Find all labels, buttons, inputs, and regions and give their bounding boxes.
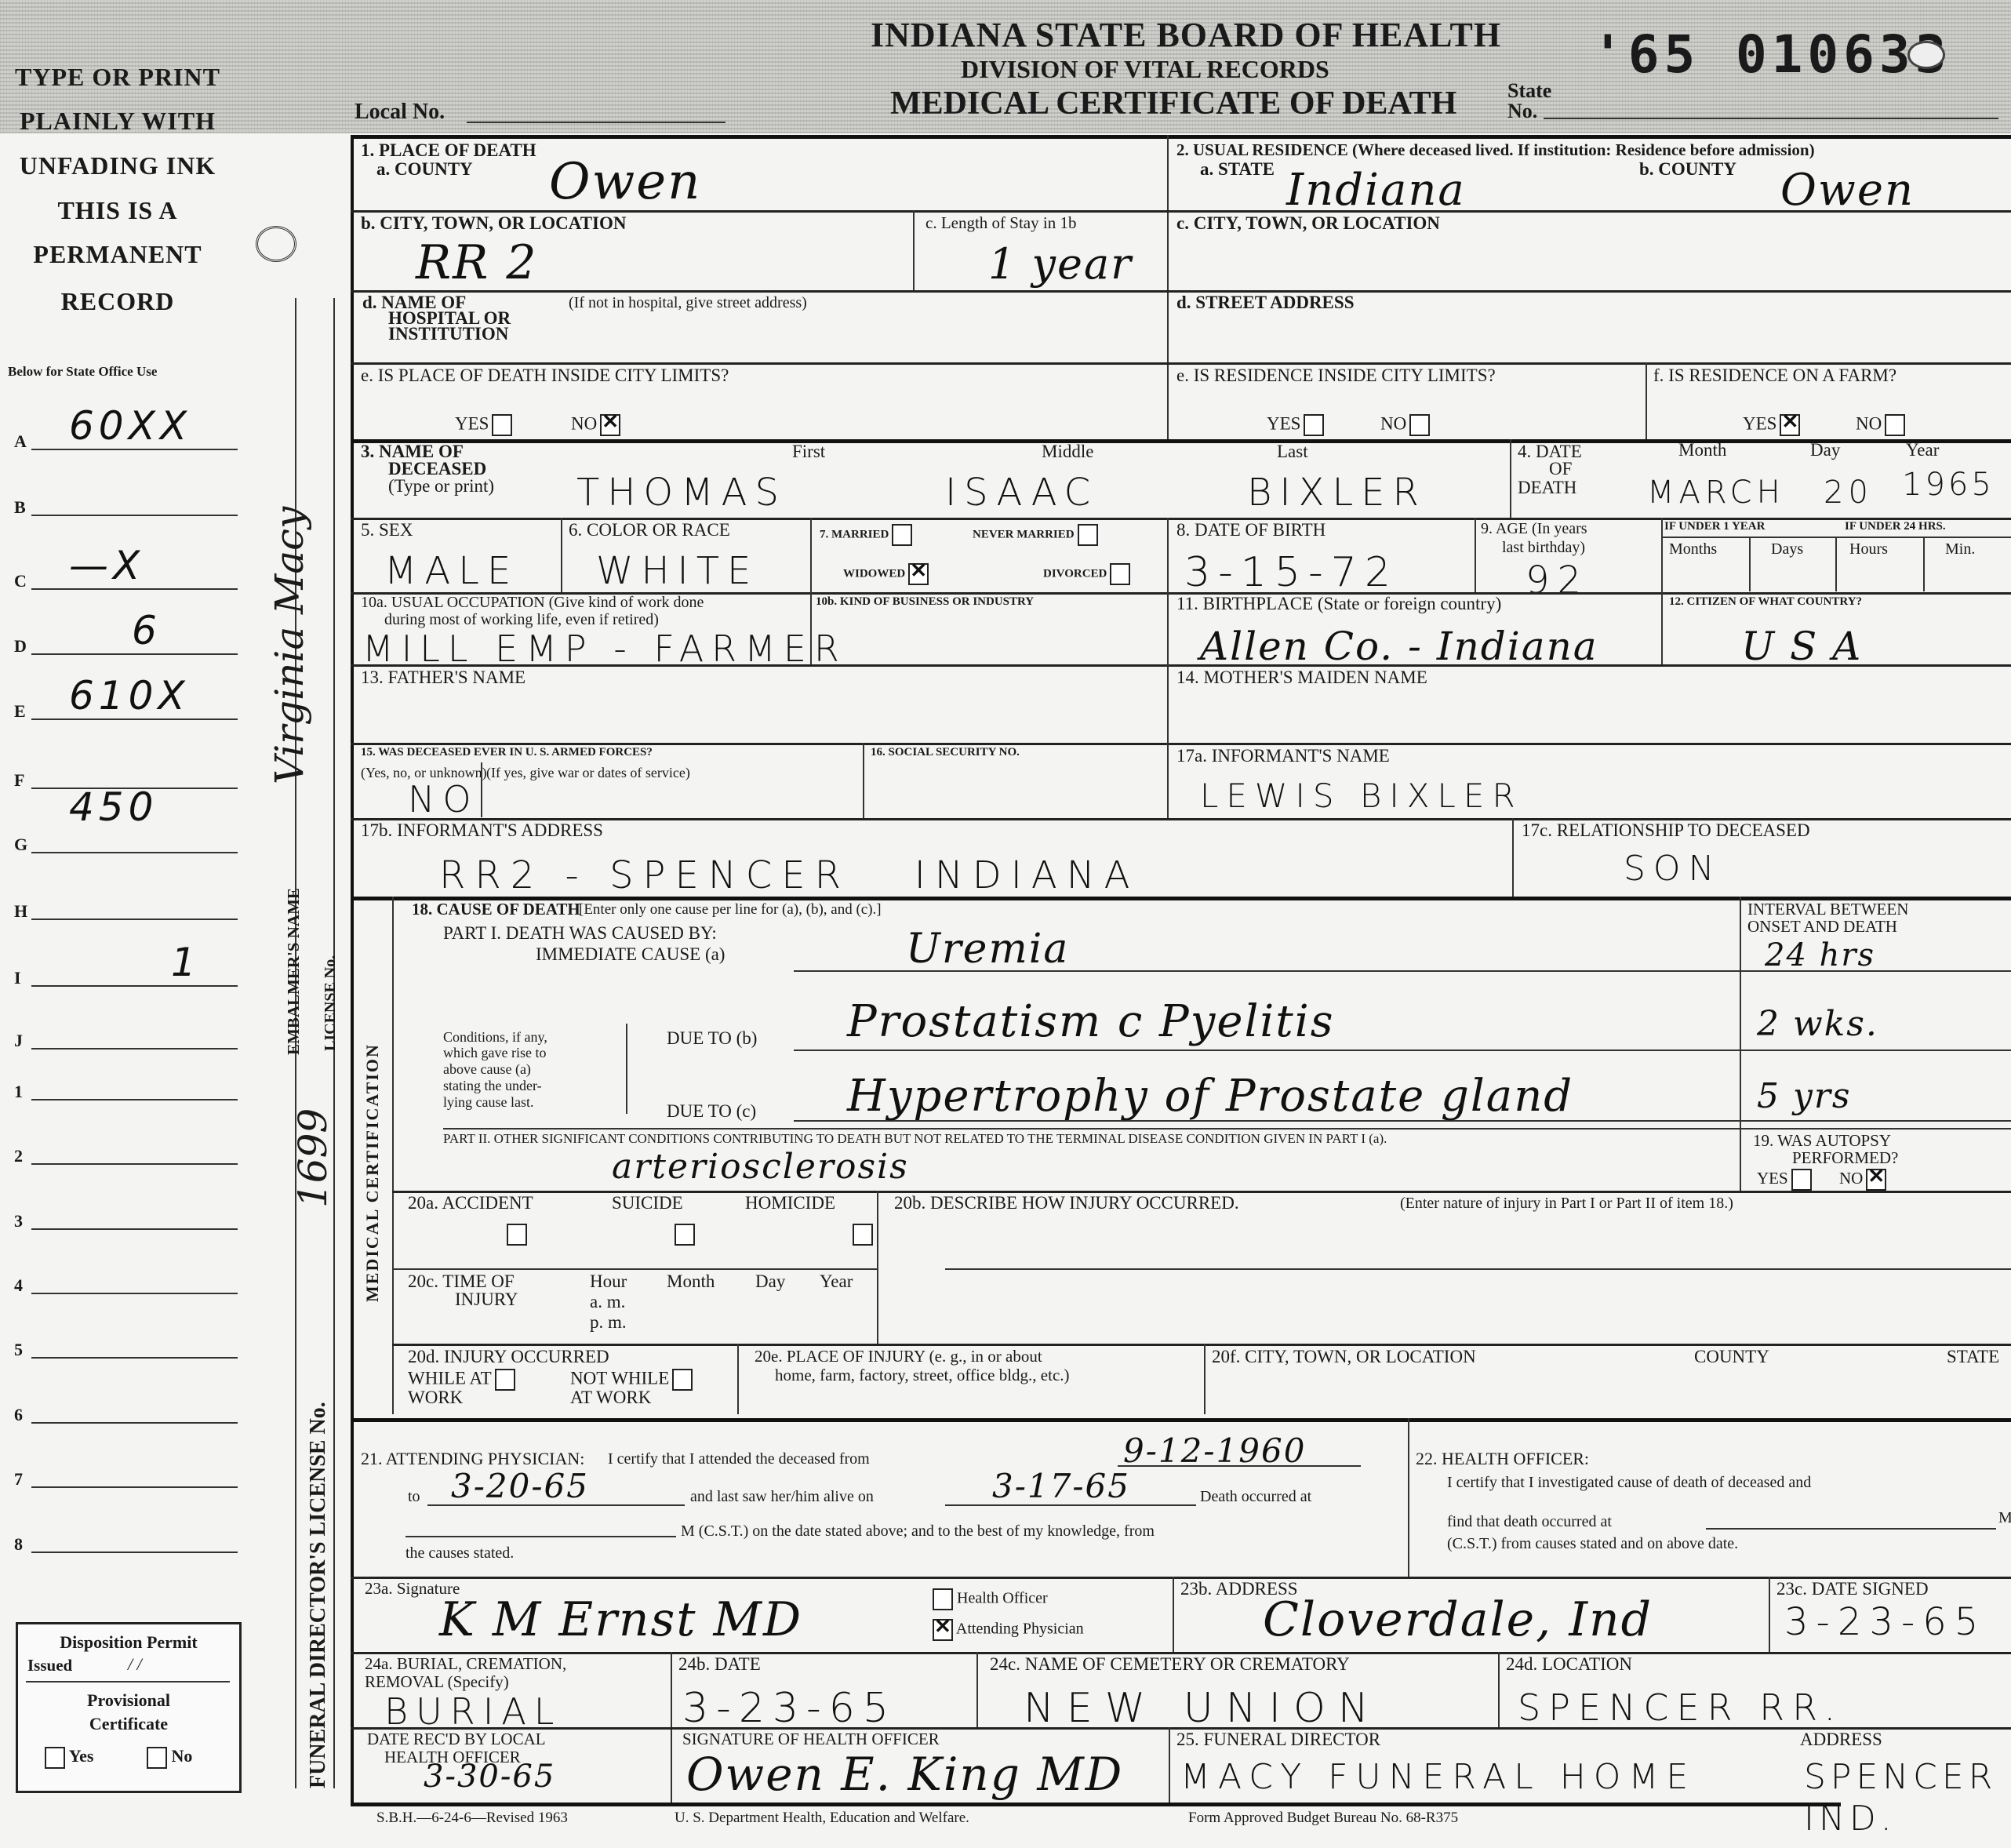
checkbox[interactable] [1780, 414, 1800, 436]
col-divider [1169, 1727, 1170, 1803]
dob-label: 8. DATE OF BIRTH [1176, 521, 1326, 540]
mother-name-label: 14. MOTHER'S MAIDEN NAME [1176, 668, 1427, 687]
checkbox[interactable] [495, 1369, 515, 1391]
checkbox[interactable] [1866, 1169, 1886, 1191]
state-no-line [1544, 118, 1998, 119]
yes-label: YES [455, 413, 489, 433]
office-value: 60XX [69, 403, 191, 449]
numbered-row-7[interactable]: 7 [14, 1458, 238, 1490]
residence-state-value[interactable]: Indiana [1286, 165, 1466, 216]
business-label: 10b. KIND OF BUSINESS OR INDUSTRY [816, 596, 1034, 609]
interval-divider [1740, 897, 1741, 1191]
attending-physician-option-label: Attending Physician [956, 1621, 1084, 1638]
health-officer-text: I certify that I investigated cause of d… [1447, 1475, 1811, 1491]
age-label: 9. AGE (In years [1481, 521, 1587, 537]
divorced-label: DIVORCED [1043, 567, 1107, 580]
relationship-label: 17c. RELATIONSHIP TO DECEASED [1522, 821, 1810, 840]
office-row-g[interactable]: G450 [14, 824, 238, 855]
age-value[interactable]: 92 [1526, 558, 1589, 602]
months-label: Months [1669, 541, 1717, 558]
work-label: WORK [408, 1388, 463, 1407]
place-of-injury-label: 20e. PLACE OF INJURY (e. g., in or about [755, 1348, 1042, 1365]
health-officer-option-label: Health Officer [957, 1590, 1048, 1607]
autopsy-no[interactable]: NO [1839, 1169, 1886, 1191]
office-letter: J [14, 1031, 23, 1051]
while-at-work-label: WHILE AT [408, 1368, 492, 1388]
row-number: 2 [14, 1146, 23, 1166]
sex-value[interactable]: MALE [384, 549, 518, 593]
injury-state-label: STATE [1947, 1348, 1999, 1366]
medical-certification-label: MEDICAL CERTIFICATION [362, 1043, 383, 1302]
hospital-label-3: INSTITUTION [388, 325, 508, 344]
residence-city-limits-no[interactable]: NO [1380, 414, 1430, 436]
license-no-label: LICENSE No. [322, 955, 340, 1051]
part2-label: PART II. OTHER SIGNIFICANT CONDITIONS CO… [443, 1132, 1387, 1146]
race-label: 6. COLOR OR RACE [569, 521, 730, 540]
injury-year-label: Year [820, 1272, 853, 1291]
row-divider [351, 1418, 2011, 1422]
instruction-line: TYPE OR PRINT [0, 63, 235, 92]
day-label: Day [1810, 441, 1840, 460]
under-24-hrs-label: IF UNDER 24 HRS. [1845, 521, 1946, 533]
local-no-line [467, 122, 725, 123]
pm-label: p. m. [590, 1313, 627, 1332]
numbered-row-8[interactable]: 8 [14, 1523, 238, 1555]
embalmer-name-label: EMBALMER'S NAME [284, 888, 304, 1055]
col-divider [877, 1191, 878, 1344]
office-value: —X [69, 543, 144, 588]
am-label: a. m. [590, 1293, 625, 1311]
col-divider [1167, 743, 1169, 818]
physician-signature[interactable]: K M Ernst MD [439, 1592, 802, 1647]
col-divider [1167, 592, 1169, 664]
interval-label-2: ONSET AND DEATH [1747, 918, 1897, 935]
numbered-row-5[interactable]: 5 [14, 1329, 238, 1360]
row-number: 6 [14, 1405, 23, 1425]
fd-address-value[interactable]: SPENCER IND. [1804, 1757, 2000, 1840]
attending-physician-option[interactable]: Attending Physician [929, 1619, 1084, 1641]
conditions-label-3: above cause (a) [443, 1062, 531, 1077]
describe-injury-label: 20b. DESCRIBE HOW INJURY OCCURRED. [894, 1194, 1239, 1213]
informant-name-value[interactable]: LEWIS BIXLER [1200, 777, 1523, 815]
accident-checkbox[interactable] [507, 1224, 527, 1246]
homicide-label: HOMICIDE [745, 1194, 835, 1213]
row-number: 1 [14, 1082, 23, 1102]
death-city-value[interactable]: RR 2 [416, 235, 538, 290]
funeral-director-license-label: FUNERAL DIRECTOR'S LICENSE No. [306, 1402, 331, 1788]
row-number: 8 [14, 1534, 23, 1555]
city-label: b. CITY, TOWN, OR LOCATION [361, 214, 627, 233]
underline [1740, 970, 2011, 972]
location-label: 24d. LOCATION [1506, 1655, 1632, 1674]
hospital-hint: (If not in hospital, give street address… [569, 295, 807, 311]
col-divider [1510, 439, 1511, 518]
date-of-death-label-3: DEATH [1518, 478, 1576, 497]
due-to-b-label: DUE TO (b) [667, 1029, 757, 1048]
father-name-label: 13. FATHER'S NAME [361, 668, 525, 687]
immediate-cause-label: IMMEDIATE CAUSE (a) [536, 945, 725, 964]
citizen-value[interactable]: U S A [1741, 624, 1862, 669]
underline [1740, 1120, 2011, 1122]
last-name-label: Last [1277, 442, 1308, 461]
center-divider [1167, 135, 1169, 442]
no-label: NO [1380, 413, 1406, 433]
numbered-row-1[interactable]: 1 [14, 1071, 238, 1102]
medical-frame-left [392, 897, 394, 1414]
days-label: Days [1771, 541, 1803, 558]
office-value: 610X [69, 673, 190, 718]
divorced-option[interactable]: DIVORCED [1043, 563, 1130, 585]
col-divider [863, 743, 864, 818]
underline [794, 1050, 1740, 1051]
numbered-row-6[interactable]: 6 [14, 1394, 238, 1425]
immediate-cause-value[interactable]: Uremia [906, 926, 1069, 973]
place-of-death-label: 1. PLACE OF DEATH [361, 141, 536, 160]
armed-forces-hint-2: (If yes, give war or dates of service) [486, 766, 690, 780]
no-label: NO [1856, 413, 1882, 433]
occupation-value[interactable]: MILL EMP - FARMER [362, 628, 847, 670]
office-value: 1 [171, 940, 201, 985]
residence-county-label: b. COUNTY [1639, 160, 1736, 179]
middle-name-value[interactable]: ISAAC [945, 471, 1098, 515]
citizen-label: 12. CITIZEN OF WHAT COUNTRY? [1669, 596, 1862, 609]
residence-county-value[interactable]: Owen [1780, 165, 1915, 216]
office-letter: C [14, 571, 27, 591]
health-officer-label: 22. HEALTH OFFICER: [1416, 1450, 1589, 1468]
row-divider [351, 664, 2011, 667]
interval-c-value[interactable]: 5 yrs [1757, 1076, 1851, 1116]
form-top-border [351, 135, 2011, 139]
age-label-2: last birthday) [1502, 540, 1585, 556]
checkbox[interactable] [45, 1747, 65, 1769]
due-to-b-value[interactable]: Prostatism c Pyelitis [847, 996, 1334, 1047]
last-saw-label: and last saw her/him alive on [690, 1489, 874, 1505]
col-divider [1173, 1577, 1174, 1652]
physician-address-value[interactable]: Cloverdale, Ind [1263, 1592, 1653, 1647]
armed-forces-value[interactable]: NO [408, 778, 479, 820]
office-letter: I [14, 968, 21, 988]
occupation-label-2: during most of working life, even if ret… [384, 612, 659, 628]
last-name-value[interactable]: BIXLER [1247, 471, 1427, 515]
ho-signature-value[interactable]: Owen E. King MD [686, 1748, 1123, 1801]
attended-from-value[interactable]: 9-12-1960 [1123, 1431, 1306, 1470]
col-divider [1498, 1652, 1500, 1727]
date-signed-value[interactable]: 3-23-65 [1784, 1600, 1986, 1644]
stay-value[interactable]: 1 year [988, 239, 1133, 289]
time-of-injury-label-2: INJURY [455, 1290, 518, 1309]
instruction-line: RECORD [0, 287, 235, 316]
informant-name-label: 17a. INFORMANT'S NAME [1176, 747, 1390, 766]
injury-day-label: Day [755, 1272, 785, 1291]
farm-label: f. IS RESIDENCE ON A FARM? [1653, 366, 1896, 385]
col-divider [1661, 592, 1663, 664]
office-value: 6 [132, 608, 162, 653]
col-divider [1769, 1577, 1770, 1652]
funeral-director-value[interactable]: MACY FUNERAL HOME [1180, 1757, 1696, 1797]
certificate-label: Certificate [18, 1714, 239, 1734]
occupation-label: 10a. USUAL OCCUPATION (Give kind of work… [361, 595, 704, 611]
cause-of-death-label: 18. CAUSE OF DEATH [412, 900, 580, 918]
armed-forces-label: 15. WAS DECEASED EVER IN U. S. ARMED FOR… [361, 747, 653, 759]
due-to-c-value[interactable]: Hypertrophy of Prostate gland [847, 1071, 1573, 1122]
married-option[interactable]: 7. MARRIED [820, 524, 912, 546]
agency-title: INDIANA STATE BOARD OF HEALTH [871, 17, 1501, 53]
office-row-h[interactable]: H [14, 890, 238, 922]
row-divider [351, 362, 2011, 365]
place-of-injury-label-2: home, farm, factory, street, office bldg… [775, 1366, 1070, 1384]
yes-label: YES [1743, 413, 1776, 433]
provisional-no[interactable]: No [144, 1746, 192, 1769]
instruction-line: THIS IS A [0, 196, 235, 225]
row-number: 4 [14, 1275, 23, 1296]
checkbox[interactable] [933, 1619, 953, 1641]
conditions-label: Conditions, if any, [443, 1029, 547, 1046]
min-label: Min. [1945, 541, 1975, 558]
deceased-name-label-3: (Type or print) [388, 477, 494, 496]
farm-yes[interactable]: YES [1743, 414, 1800, 436]
col-divider [481, 762, 482, 817]
interval-label: INTERVAL BETWEEN [1747, 900, 1908, 918]
checkbox[interactable] [908, 563, 929, 585]
department: U. S. Department Health, Education and W… [675, 1810, 969, 1826]
numbered-row-2[interactable]: 2 [14, 1135, 238, 1166]
suicide-label: SUICIDE [612, 1194, 683, 1213]
col-divider [1512, 818, 1514, 897]
first-name-label: First [792, 442, 825, 461]
widowed-option[interactable]: WIDOWED [843, 563, 929, 585]
division-title: DIVISION OF VITAL RECORDS [961, 56, 1329, 83]
row-number: 5 [14, 1340, 23, 1360]
accident-label: 20a. ACCIDENT [408, 1194, 533, 1213]
checkbox[interactable] [892, 524, 912, 546]
conditions-label-2: which gave rise to [443, 1046, 546, 1060]
office-row-i[interactable]: I1 [14, 957, 238, 988]
homicide-checkbox[interactable] [853, 1224, 873, 1246]
checkbox[interactable] [492, 414, 512, 436]
yes-label: YES [1267, 413, 1300, 433]
row-divider [392, 1344, 2011, 1346]
provisional-label: Provisional [18, 1690, 239, 1711]
death-day-value[interactable]: 20 [1824, 475, 1873, 511]
autopsy-label: 19. WAS AUTOPSY [1753, 1132, 1891, 1149]
checkbox[interactable] [1078, 524, 1098, 546]
office-letter: G [14, 835, 27, 855]
instruction-line: PERMANENT [0, 240, 235, 269]
autopsy-yes[interactable]: YES [1757, 1169, 1812, 1191]
date-recd-label: DATE REC'D BY LOCAL [367, 1730, 546, 1748]
not-while-label: NOT WHILE [570, 1368, 669, 1388]
describe-injury-hint: (Enter nature of injury in Part I or Par… [1400, 1195, 1733, 1212]
disposition-permit-box: Disposition Permit Issued / / Provisiona… [16, 1622, 242, 1793]
burial-label: 24a. BURIAL, CREMATION, [365, 1655, 566, 1672]
county-label: a. COUNTY [376, 160, 473, 179]
residence-city-label: c. CITY, TOWN, OR LOCATION [1176, 214, 1440, 233]
office-letter: E [14, 701, 26, 722]
health-officer-text-3: M [1998, 1510, 2011, 1526]
row-divider [392, 1268, 877, 1270]
part2-value[interactable]: arteriosclerosis [612, 1147, 909, 1187]
birthplace-label: 11. BIRTHPLACE (State or foreign country… [1176, 595, 1501, 613]
funeral-director-label: 25. FUNERAL DIRECTOR [1176, 1730, 1380, 1749]
instruction-line: UNFADING INK [0, 151, 235, 180]
col-divider [913, 210, 915, 290]
office-letter: F [14, 770, 24, 791]
part1-label: PART I. DEATH WAS CAUSED BY: [443, 924, 717, 943]
row-divider [443, 1128, 2011, 1130]
residence-city-limits-label: e. IS RESIDENCE INSIDE CITY LIMITS? [1176, 366, 1496, 385]
embalmer-name-value: Virginia Macy [267, 507, 312, 784]
underline [1706, 1528, 1996, 1530]
checkbox[interactable] [672, 1369, 693, 1391]
death-month-value[interactable]: MARCH [1647, 475, 1785, 511]
office-row-c[interactable]: C—X [14, 560, 238, 591]
death-city-limits-yes[interactable]: YES [455, 414, 512, 436]
office-row-b[interactable]: B [14, 486, 238, 518]
physician-certify-text-3: the causes stated. [405, 1545, 514, 1562]
col-divider [1749, 537, 1751, 591]
col-divider [1475, 518, 1476, 592]
yes-label: YES [1757, 1169, 1788, 1188]
physician-certify-text-2: M (C.S.T.) on the date stated above; and… [681, 1523, 1155, 1540]
state-no-label: State No. [1507, 81, 1555, 122]
underline [945, 1268, 2011, 1270]
suicide-checkbox[interactable] [675, 1224, 695, 1246]
attending-physician-label: 21. ATTENDING PHYSICIAN: [361, 1450, 584, 1468]
col-divider [561, 518, 562, 592]
col-divider [810, 592, 812, 664]
year-label: Year [1906, 441, 1939, 460]
location-value[interactable]: SPENCER RR. [1518, 1686, 1843, 1729]
checkbox[interactable] [933, 1588, 953, 1610]
row-number: 3 [14, 1211, 23, 1231]
autopsy-label-2: PERFORMED? [1792, 1149, 1898, 1166]
office-row-a[interactable]: A60XX [14, 420, 238, 452]
form-bottom-border [351, 1803, 1841, 1806]
date-of-death-label-2: OF [1549, 460, 1572, 478]
residence-city-limits-yes[interactable]: YES [1267, 414, 1324, 436]
col-divider [1204, 1344, 1206, 1414]
death-occurred-label: Death occurred at [1200, 1489, 1311, 1505]
burial-date-label: 24b. DATE [678, 1655, 761, 1674]
issued-value: / / [128, 1654, 142, 1675]
last-saw-value[interactable]: 3-17-65 [992, 1467, 1130, 1505]
burial-label-2: REMOVAL (Specify) [365, 1673, 509, 1690]
health-officer-option[interactable]: Health Officer [929, 1588, 1048, 1610]
due-to-c-label: DUE TO (c) [667, 1102, 756, 1121]
interval-a-value[interactable]: 24 hrs [1765, 937, 1875, 973]
cemetery-value[interactable]: NEW UNION [1024, 1685, 1381, 1732]
burial-value[interactable]: BURIAL [384, 1690, 562, 1733]
col-divider [1408, 1418, 1409, 1579]
checkbox[interactable] [600, 414, 620, 436]
issued-label: Issued [27, 1656, 72, 1675]
underline [1740, 1050, 2011, 1051]
middle-name-label: Middle [1042, 442, 1093, 461]
divider [26, 1681, 230, 1682]
checkbox[interactable] [1110, 563, 1130, 585]
permanent-record-seal-icon [256, 226, 296, 262]
residence-state-label: a. STATE [1200, 160, 1275, 179]
numbered-row-4[interactable]: 4 [14, 1264, 238, 1296]
race-value[interactable]: WHITE [596, 549, 758, 593]
cause-of-death-hint: [Enter only one cause per line for (a), … [579, 902, 882, 918]
to-label: to [408, 1489, 420, 1505]
cemetery-label: 24c. NAME OF CEMETERY OR CREMATORY [990, 1655, 1350, 1674]
informant-address-label: 17b. INFORMANT'S ADDRESS [361, 821, 603, 840]
row-divider [351, 210, 2011, 213]
col-divider [1923, 537, 1925, 591]
physician-certify-text: I certify that I attended the deceased f… [608, 1451, 870, 1468]
date-signed-label: 23c. DATE SIGNED [1776, 1580, 1929, 1599]
dob-value[interactable]: 3-15-72 [1184, 549, 1398, 596]
budget-bureau: Form Approved Budget Bureau No. 68-R375 [1188, 1810, 1458, 1826]
at-work-label: AT WORK [570, 1388, 651, 1407]
checkbox[interactable] [1409, 414, 1430, 436]
office-row-j[interactable]: J [14, 1020, 238, 1051]
checkbox[interactable] [147, 1747, 167, 1769]
ho-signature-label: SIGNATURE OF HEALTH OFFICER [682, 1730, 940, 1748]
attended-to-value[interactable]: 3-20-65 [451, 1467, 589, 1505]
hours-label: Hours [1849, 541, 1888, 558]
instruction-line: PLAINLY WITH [0, 107, 235, 136]
under-1-year-label: IF UNDER 1 YEAR [1664, 521, 1765, 533]
married-label: 7. MARRIED [820, 528, 889, 540]
never-married-label: NEVER MARRIED [973, 528, 1075, 540]
farm-no[interactable]: NO [1856, 414, 1905, 436]
bracket [620, 1024, 627, 1114]
col-divider [1167, 664, 1169, 743]
checkbox[interactable] [1885, 414, 1905, 436]
widowed-label: WIDOWED [843, 567, 905, 580]
numbered-row-3[interactable]: 3 [14, 1200, 238, 1231]
death-year-value[interactable]: 1965 [1902, 467, 1995, 503]
interval-b-value[interactable]: 2 wks. [1757, 1004, 1878, 1044]
office-letter: B [14, 497, 26, 518]
col-divider [1835, 537, 1837, 591]
checkbox[interactable] [1304, 414, 1324, 436]
office-row-d[interactable]: D6 [14, 625, 238, 657]
no-label: NO [571, 413, 597, 433]
office-row-e[interactable]: E610X [14, 690, 238, 722]
col-divider [1167, 518, 1169, 592]
health-officer-text-2: find that death occurred at [1447, 1514, 1612, 1530]
yes-label: Yes [69, 1746, 94, 1766]
time-of-injury-label: 20c. TIME OF [408, 1272, 515, 1291]
conditions-label-4: stating the under- [443, 1079, 542, 1093]
form-id: S.B.H.—6-24-6—Revised 1963 [376, 1810, 568, 1826]
injury-occurred-label: 20d. INJURY OCCURRED [408, 1348, 609, 1366]
usual-residence-label: 2. USUAL RESIDENCE (Where deceased lived… [1176, 141, 1815, 158]
death-county-value[interactable]: Owen [549, 153, 701, 211]
provisional-yes[interactable]: Yes [42, 1746, 93, 1769]
date-recd-value[interactable]: 3-30-65 [424, 1759, 555, 1795]
street-address-label: d. STREET ADDRESS [1176, 293, 1355, 312]
birthplace-value[interactable]: Allen Co. - Indiana [1200, 624, 1598, 669]
first-name-value[interactable]: THOMAS [576, 471, 787, 515]
death-city-limits-no[interactable]: NO [571, 414, 620, 436]
funeral-director-license-value: 1699 [290, 1108, 336, 1208]
checkbox[interactable] [1791, 1169, 1812, 1191]
col-divider [976, 1652, 978, 1727]
never-married-option[interactable]: NEVER MARRIED [973, 524, 1098, 546]
informant-address-value[interactable]: RR2 - SPENCER INDIANA [439, 853, 1139, 897]
office-letter: A [14, 431, 27, 452]
col-divider [737, 1344, 739, 1414]
local-no-label: Local No. [355, 100, 445, 123]
relationship-value[interactable]: SON [1624, 849, 1722, 889]
ssn-label: 16. SOCIAL SECURITY NO. [871, 747, 1020, 759]
burial-date-value[interactable]: 3-23-65 [682, 1685, 896, 1732]
